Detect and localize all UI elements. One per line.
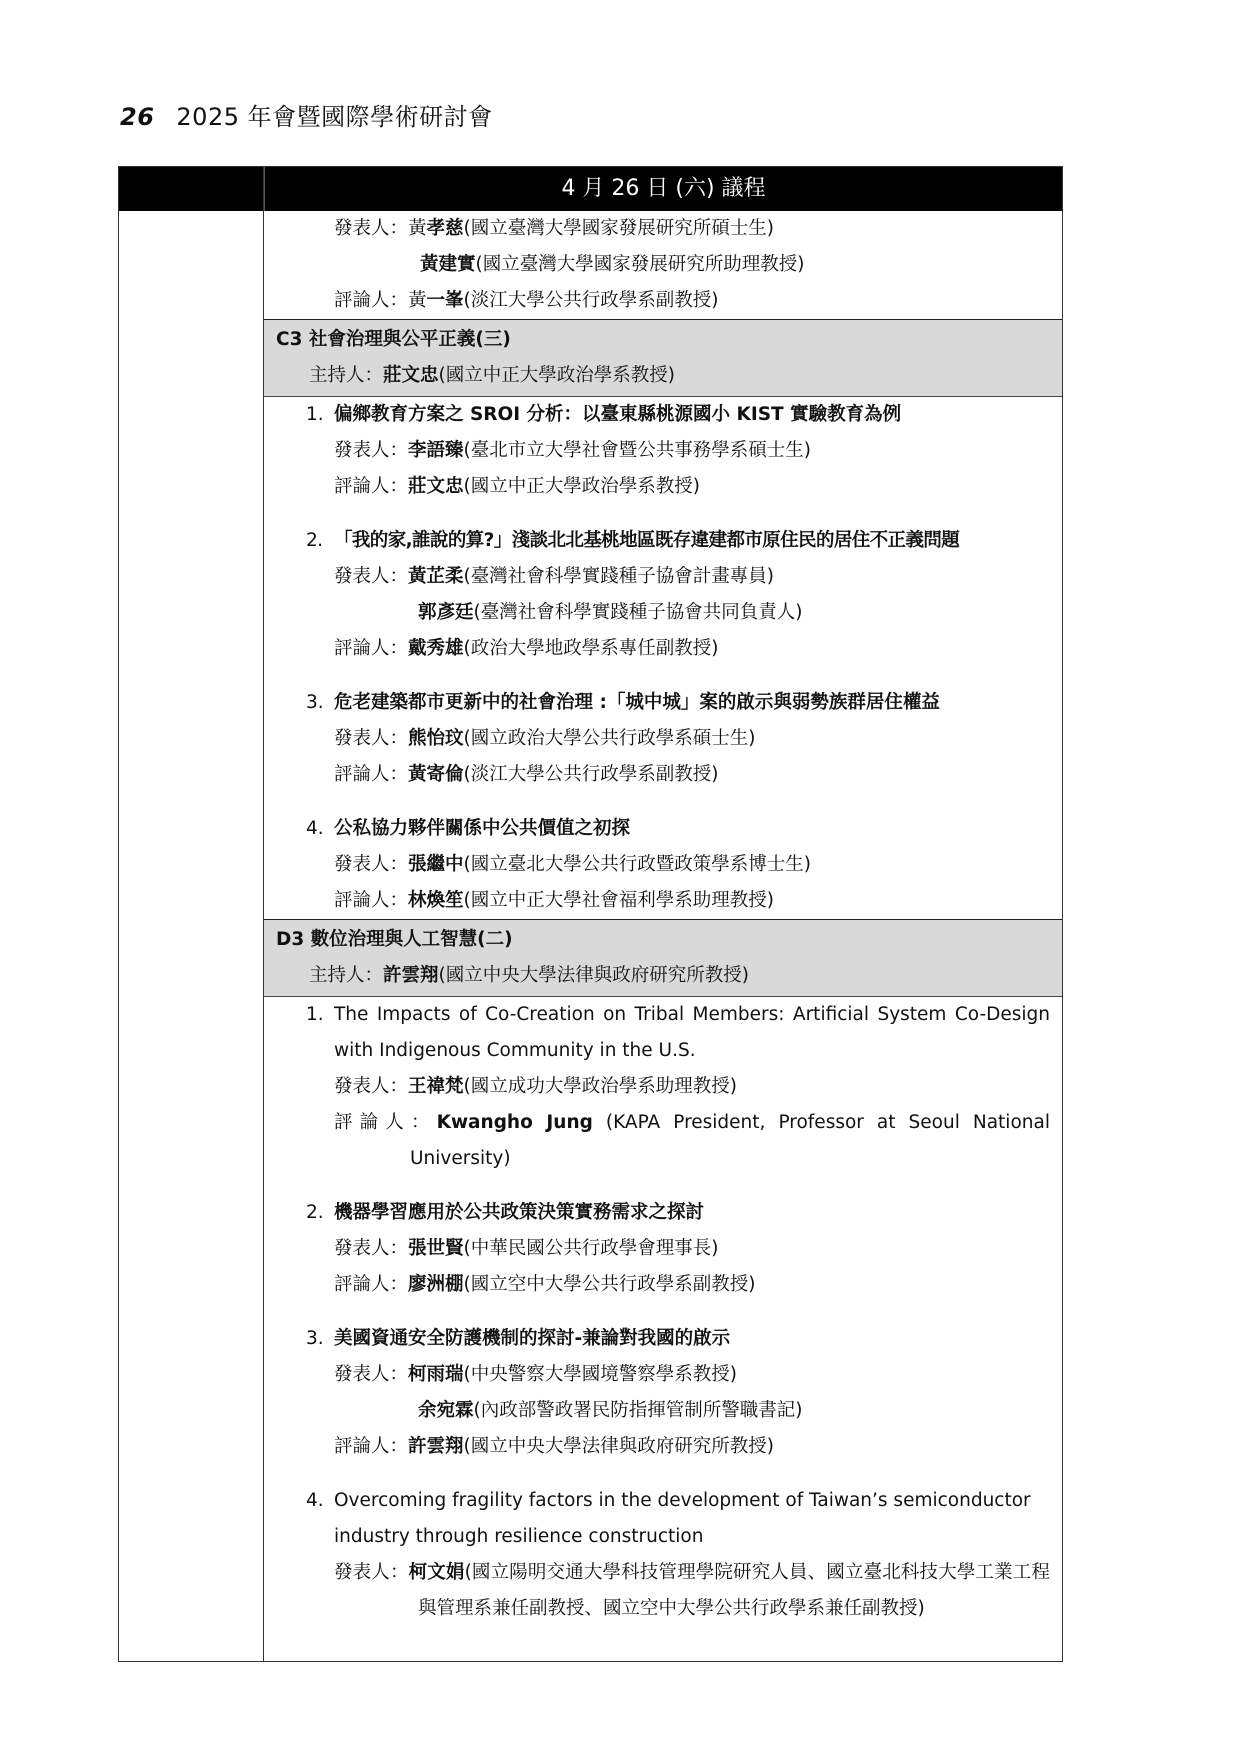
paper-title-text: 危老建築都市更新中的社會治理 :「城中城」案的啟示與弱勢族群居住權益 — [334, 692, 940, 713]
continued-paper: 發表人：黃孝慈(國立臺灣大學國家發展研究所碩士生) 黃建實(國立臺灣大學國家發展… — [264, 211, 1062, 319]
paper-title: 4.Overcoming fragility factors in the de… — [306, 1483, 1050, 1555]
presenter-affiliation: (臺灣社會科學實踐種子協會計畫專員) — [464, 566, 774, 587]
session-header-c3: C3 社會治理與公平正義(三) 主持人：莊文忠(國立中正大學政治學系教授) — [264, 319, 1062, 397]
discussant-line: 評論人：林煥笙(國立中正大學社會福利學系助理教授) — [334, 883, 1050, 919]
time-column — [119, 167, 264, 1661]
paper-title-text: 機器學習應用於公共政策決策實務需求之探討 — [334, 1202, 704, 1223]
chair-affiliation: (國立中正大學政治學系教授) — [439, 365, 675, 386]
paper-number: 2. — [306, 523, 322, 559]
discussant-name: 戴秀雄 — [408, 638, 464, 659]
presenter-affiliation: (國立臺灣大學國家發展研究所碩士生) — [464, 218, 774, 239]
paper-number: 1. — [306, 397, 324, 433]
paper-number: 4. — [306, 1483, 324, 1519]
paper-title-text: 公私協力夥伴關係中公共價值之初探 — [334, 818, 630, 839]
presenter-line: 發表人：柯文娟(國立陽明交通大學科技管理學院研究人員、國立臺北科技大學工業工程與… — [334, 1555, 1050, 1627]
paper-title: 1.The Impacts of Co-Creation on Tribal M… — [306, 997, 1050, 1069]
presenter-line: 發表人：柯雨瑞(中央警察大學國境警察學系教授) — [334, 1357, 1050, 1393]
discussant-name: 廖洲棚 — [408, 1274, 464, 1295]
discussant-line: 評論人：廖洲棚(國立空中大學公共行政學系副教授) — [334, 1267, 1050, 1303]
discussant-line: 評論人：莊文忠(國立中正大學政治學系教授) — [334, 469, 1050, 505]
presenter-label: 發表人： — [334, 566, 408, 587]
paper-title: 3.危老建築都市更新中的社會治理 :「城中城」案的啟示與弱勢族群居住權益 — [306, 685, 1050, 721]
page-number: 26 — [120, 103, 154, 131]
discussant-name: 黃寄倫 — [408, 764, 464, 785]
presenter-name: 熊怡玟 — [408, 728, 464, 749]
discussant-label: 評論人： — [334, 638, 408, 659]
paper-title: 4.公私協力夥伴關係中公共價值之初探 — [306, 811, 1050, 847]
discussant-name: 許雲翔 — [408, 1436, 464, 1457]
discussant-label: 評論人： — [334, 1112, 437, 1133]
presenter-affiliation: (國立臺北大學公共行政暨政策學系博士生) — [464, 854, 811, 875]
discussant-label: 評論人： — [334, 890, 408, 911]
chair-name: 莊文忠 — [383, 365, 439, 386]
presenter-label: 發表人： — [334, 728, 408, 749]
discussant-name: 一峯 — [427, 290, 464, 311]
running-head: 262025 年會暨國際學術研討會 — [120, 97, 493, 132]
presenter-affiliation: (中華民國公共行政學會理事長) — [464, 1238, 719, 1259]
presenter-label: 發表人： — [334, 1364, 408, 1385]
presenter-affiliation: (中央警察大學國境警察學系教授) — [464, 1364, 737, 1385]
running-head-title: 2025 年會暨國際學術研討會 — [176, 103, 492, 131]
presenter-name: 張世賢 — [408, 1238, 464, 1259]
discussant-affiliation: (淡江大學公共行政學系副教授) — [464, 764, 719, 785]
presenter-line: 郭彥廷(臺灣社會科學實踐種子協會共同負責人) — [334, 595, 1050, 631]
presenter-line: 發表人：黃芷柔(臺灣社會科學實踐種子協會計畫專員) — [334, 559, 1050, 595]
discussant-label: 評論人： — [334, 764, 408, 785]
paper-number: 4. — [306, 811, 324, 847]
presenter-label: 發表人： — [334, 211, 408, 247]
presenter-name: 郭彥廷 — [418, 602, 474, 623]
presenter-label: 發表人： — [334, 854, 408, 875]
presenter-name: 柯文娟 — [409, 1562, 465, 1583]
presenter-label: 發表人： — [334, 1076, 408, 1097]
discussant-affiliation: (政治大學地政學系專任副教授) — [464, 638, 719, 659]
presenter-label: 發表人： — [334, 1562, 409, 1583]
discussant-name: 林煥笙 — [408, 890, 464, 911]
agenda-content-column: 發表人：黃孝慈(國立臺灣大學國家發展研究所碩士生) 黃建實(國立臺灣大學國家發展… — [264, 211, 1062, 1661]
session-title: C3 社會治理與公平正義(三) — [276, 322, 1062, 358]
presenter-label: 發表人： — [334, 440, 408, 461]
paper-title: 3.美國資通安全防護機制的探討-兼論對我國的啟示 — [306, 1321, 1050, 1357]
presenter-name: 黃建實 — [420, 254, 476, 275]
discussant-name-plain: 黃 — [408, 290, 427, 311]
presenter-name: 孝慈 — [427, 218, 464, 239]
presenter-line: 發表人：黃孝慈(國立臺灣大學國家發展研究所碩士生) — [334, 211, 1050, 247]
discussant-name: 莊文忠 — [408, 476, 464, 497]
chair-label: 主持人： — [309, 965, 383, 986]
paper-title: 2.「我的家,誰說的算?」淺談北北基桃地區既存違建都市原住民的居住不正義問題 — [306, 523, 1050, 559]
session-chair: 主持人：許雲翔(國立中央大學法律與政府研究所教授) — [276, 958, 1062, 994]
discussant-affiliation: (國立中央大學法律與政府研究所教授) — [464, 1436, 774, 1457]
discussant-label: 評論人： — [334, 1274, 408, 1295]
presenter-affiliation: (內政部警政署民防指揮管制所警職書記) — [474, 1400, 803, 1421]
presenter-line: 發表人：張世賢(中華民國公共行政學會理事長) — [334, 1231, 1050, 1267]
paper-title-text: Overcoming fragility factors in the deve… — [334, 1490, 1031, 1547]
presenter-affiliation: (臺北市立大學社會暨公共事務學系碩士生) — [464, 440, 811, 461]
paper-title: 1.偏鄉教育方案之 SROI 分析：以臺東縣桃源國小 KIST 實驗教育為例 — [306, 397, 1050, 433]
paper-title-text: 「我的家,誰說的算?」淺談北北基桃地區既存違建都市原住民的居住不正義問題 — [334, 530, 959, 551]
presenter-affiliation: (臺灣社會科學實踐種子協會共同負責人) — [474, 602, 803, 623]
discussant-line: 評論人：黃一峯(淡江大學公共行政學系副教授) — [334, 283, 1050, 319]
paper-number: 3. — [306, 1321, 324, 1357]
session-title: D3 數位治理與人工智慧(二) — [276, 922, 1062, 958]
presenter-affiliation: (國立臺灣大學國家發展研究所助理教授) — [476, 254, 805, 275]
paper-title-text: The Impacts of Co-Creation on Tribal Mem… — [334, 1004, 1050, 1061]
presenter-line: 發表人：張繼中(國立臺北大學公共行政暨政策學系博士生) — [334, 847, 1050, 883]
paper-title-text: 偏鄉教育方案之 SROI 分析：以臺東縣桃源國小 KIST 實驗教育為例 — [334, 404, 901, 425]
discussant-line: 評論人：戴秀雄(政治大學地政學系專任副教授) — [334, 631, 1050, 667]
presenter-line: 發表人：熊怡玟(國立政治大學公共行政學系碩士生) — [334, 721, 1050, 757]
discussant-line: 評論人：Kwangho Jung (KAPA President, Profes… — [334, 1105, 1050, 1177]
discussant-affiliation: (國立空中大學公共行政學系副教授) — [464, 1274, 756, 1295]
paper-number: 2. — [306, 1195, 324, 1231]
session-header-d3: D3 數位治理與人工智慧(二) 主持人：許雲翔(國立中央大學法律與政府研究所教授… — [264, 919, 1062, 997]
presenter-name-plain: 黃 — [408, 218, 427, 239]
paper-number: 1. — [306, 997, 324, 1033]
agenda-header-title: 4 月 26 日 (六) 議程 — [264, 167, 1062, 211]
presenter-name: 張繼中 — [408, 854, 464, 875]
presenter-line: 發表人：王禕梵(國立成功大學政治學系助理教授) — [334, 1069, 1050, 1105]
discussant-affiliation: (國立中正大學社會福利學系助理教授) — [464, 890, 774, 911]
presenter-affiliation: (國立成功大學政治學系助理教授) — [464, 1076, 737, 1097]
presenter-label: 發表人： — [334, 1238, 408, 1259]
presenter-affiliation: (國立陽明交通大學科技管理學院研究人員、國立臺北科技大學工業工程與管理系兼任副教… — [418, 1562, 1050, 1619]
presenter-name: 李語臻 — [408, 440, 464, 461]
presenter-line: 發表人：李語臻(臺北市立大學社會暨公共事務學系碩士生) — [334, 433, 1050, 469]
discussant-affiliation: (國立中正大學政治學系教授) — [464, 476, 700, 497]
discussant-name: Kwangho Jung — [437, 1112, 593, 1133]
presenter-line: 黃建實(國立臺灣大學國家發展研究所助理教授) — [334, 247, 1050, 283]
discussant-line: 評論人：黃寄倫(淡江大學公共行政學系副教授) — [334, 757, 1050, 793]
presenter-name: 余宛霖 — [418, 1400, 474, 1421]
presenter-name: 黃芷柔 — [408, 566, 464, 587]
presenter-line: 余宛霖(內政部警政署民防指揮管制所警職書記) — [334, 1393, 1050, 1429]
presenter-affiliation: (國立政治大學公共行政學系碩士生) — [464, 728, 756, 749]
session-chair: 主持人：莊文忠(國立中正大學政治學系教授) — [276, 358, 1062, 394]
session-papers-c3: 1.偏鄉教育方案之 SROI 分析：以臺東縣桃源國小 KIST 實驗教育為例 發… — [264, 397, 1062, 919]
paper-title: 2.機器學習應用於公共政策決策實務需求之探討 — [306, 1195, 1050, 1231]
discussant-label: 評論人： — [334, 1436, 408, 1457]
chair-affiliation: (國立中央大學法律與政府研究所教授) — [439, 965, 749, 986]
presenter-name: 柯雨瑞 — [408, 1364, 464, 1385]
chair-name: 許雲翔 — [383, 965, 439, 986]
chair-label: 主持人： — [309, 365, 383, 386]
discussant-label: 評論人： — [334, 476, 408, 497]
discussant-line: 評論人：許雲翔(國立中央大學法律與政府研究所教授) — [334, 1429, 1050, 1465]
discussant-affiliation: (淡江大學公共行政學系副教授) — [464, 290, 719, 311]
agenda-table: 4 月 26 日 (六) 議程 發表人：黃孝慈(國立臺灣大學國家發展研究所碩士生… — [118, 166, 1063, 1662]
paper-title-text: 美國資通安全防護機制的探討-兼論對我國的啟示 — [334, 1328, 730, 1349]
discussant-label: 評論人： — [334, 283, 408, 319]
paper-number: 3. — [306, 685, 324, 721]
session-papers-d3: 1.The Impacts of Co-Creation on Tribal M… — [264, 997, 1062, 1627]
presenter-name: 王禕梵 — [408, 1076, 464, 1097]
